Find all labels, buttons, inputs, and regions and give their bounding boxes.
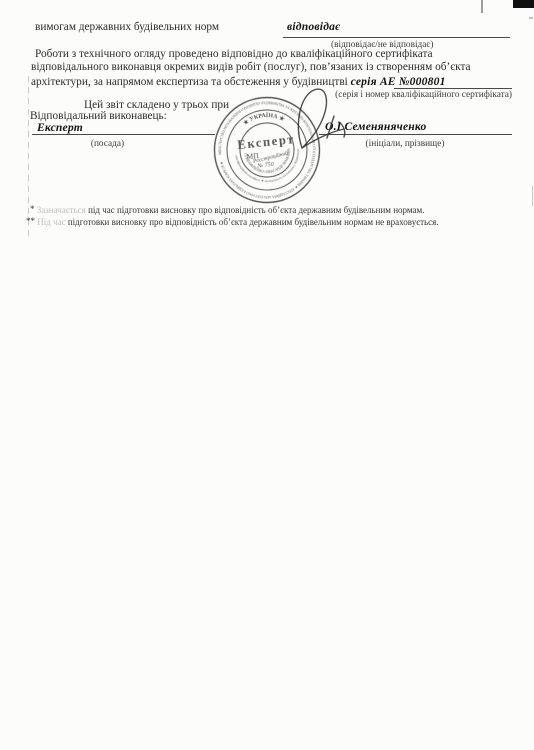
scan-artifact-edge-line xyxy=(481,0,483,13)
signature-slash-stroke xyxy=(327,116,334,138)
position-underline xyxy=(32,134,215,135)
footnote-1-faded-text: Зазначається xyxy=(37,205,86,215)
stamp-registration-number: № 750 xyxy=(256,162,274,170)
position-value: Експерт xyxy=(37,121,83,134)
scan-margin-line xyxy=(28,76,29,238)
footnote-2-faded-text: Під час xyxy=(37,217,65,227)
scanned-document-page: вимогам державних будівельних норм відпо… xyxy=(0,0,534,750)
certificate-underline xyxy=(394,88,512,89)
paragraph-line-3: архітектури, за напрямом експертиза та о… xyxy=(31,75,446,88)
paragraph-line-1: Роботи з технічного огляду проведено від… xyxy=(35,48,433,60)
norms-answer-underline xyxy=(283,37,510,38)
signatory-caption: (ініціали, прізвище) xyxy=(350,139,460,149)
footnote-2-marker: ** xyxy=(26,216,35,226)
norms-answer-value: відповідає xyxy=(287,20,340,33)
signature-loop-stroke xyxy=(298,89,326,148)
handwritten-signature xyxy=(284,82,366,164)
position-caption: (посада) xyxy=(55,139,160,149)
scan-artifact-corner xyxy=(513,0,534,8)
footnote-2: ** Під час підготовки висновку про відпо… xyxy=(26,216,439,227)
footnote-2-text: підготовки висновку про відповідність об… xyxy=(66,217,439,227)
paragraph-line-2: відповідального виконавця окремих видів … xyxy=(31,61,471,73)
footnote-1-text: під час підготовки висновку про відповід… xyxy=(86,205,425,215)
scan-artifact-right-line xyxy=(532,186,533,206)
footnote-1-marker: * xyxy=(30,204,35,214)
signature-svg xyxy=(284,82,366,164)
scan-artifact-tick xyxy=(529,17,533,19)
footnote-1: * Зазначається під час підготовки виснов… xyxy=(30,204,424,215)
norms-line-text: вимогам державних будівельних норм xyxy=(35,21,219,33)
signature-tail-stroke xyxy=(302,129,344,148)
